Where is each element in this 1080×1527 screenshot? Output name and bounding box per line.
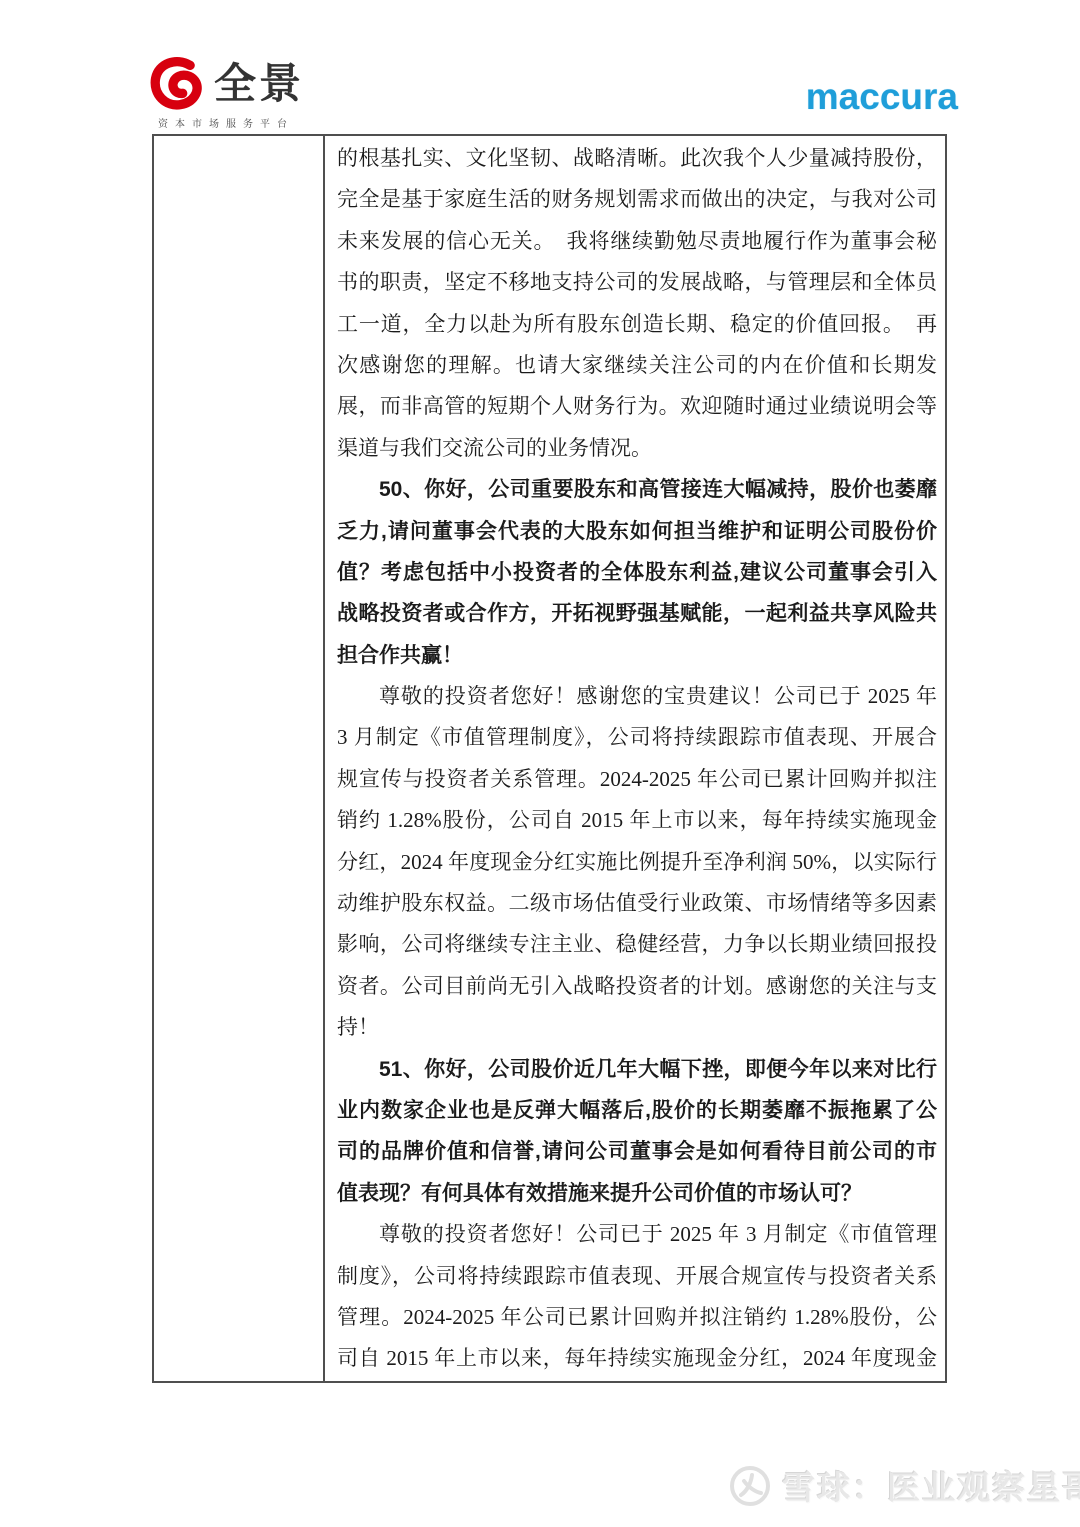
document-page: 全景 资本市场服务平台 maccura 的根基扎实、文化坚韧、战略清晰。此次我个… [0, 0, 1080, 1527]
text-line-answer-50-0: 尊敬的投资者您好！感谢您的宝贵建议！公司已于 2025 年 [337, 676, 937, 717]
xueqiu-snowball-icon [728, 1464, 772, 1508]
text-line-question-51-2: 司的品牌价值和信誉,请问公司董事会是如何看待目前公司的市 [337, 1131, 937, 1172]
watermark: 雪球：医业观察星哥 [728, 1462, 1080, 1509]
text-line-answer-50-8: 持！ [337, 1007, 937, 1048]
qa-content: 的根基扎实、文化坚韧、战略清晰。此次我个人少量减持股份，完全是基于家庭生活的财务… [325, 136, 945, 1381]
text-line-answer-49-continuation-1: 完全是基于家庭生活的财务规划需求而做出的决定，与我对公司 [337, 179, 937, 220]
text-line-answer-49-continuation-3: 书的职责，坚定不移地支持公司的发展战略，与管理层和全体员 [337, 262, 937, 303]
text-line-answer-49-continuation-4: 工一道，全力以赴为所有股东创造长期、稳定的价值回报。 再 [337, 304, 937, 345]
text-line-answer-51-2: 管理。2024-2025 年公司已累计回购并拟注销约 1.28%股份，公 [337, 1297, 937, 1338]
quanjing-brand-text: 全景 [214, 63, 304, 105]
table-left-empty-cell [154, 136, 325, 1381]
text-line-question-51-1: 业内数家企业也是反弹大幅落后,股价的长期萎靡不振拖累了公 [337, 1090, 937, 1131]
text-line-answer-49-continuation-7: 渠道与我们交流公司的业务情况。 [337, 428, 937, 469]
text-line-answer-50-5: 动维护股东权益。二级市场估值受行业政策、市场情绪等多因素 [337, 883, 937, 924]
text-line-question-50-4: 担合作共赢！ [337, 635, 937, 676]
text-line-question-51-0: 51、你好，公司股价近几年大幅下挫，即便今年以来对比行 [337, 1049, 937, 1090]
text-line-question-50-1: 乏力,请问董事会代表的大股东如何担当维护和证明公司股份价 [337, 511, 937, 552]
quanjing-swirl-icon [150, 56, 206, 112]
text-line-answer-49-continuation-6: 展，而非高管的短期个人财务行为。欢迎随时通过业绩说明会等 [337, 386, 937, 427]
text-line-question-50-2: 值？考虑包括中小投资者的全体股东利益,建议公司董事会引入 [337, 552, 937, 593]
text-line-question-51-3: 值表现？有何具体有效措施来提升公司价值的市场认可？ [337, 1173, 937, 1214]
text-line-answer-51-1: 制度》，公司将持续跟踪市值表现、开展合规宣传与投资者关系 [337, 1256, 937, 1297]
text-line-answer-50-2: 规宣传与投资者关系管理。2024-2025 年公司已累计回购并拟注 [337, 759, 937, 800]
quanjing-logo: 全景 资本市场服务平台 [150, 56, 304, 130]
text-line-answer-49-continuation-0: 的根基扎实、文化坚韧、战略清晰。此次我个人少量减持股份， [337, 138, 937, 179]
quanjing-tagline: 资本市场服务平台 [158, 115, 304, 130]
text-line-answer-50-7: 资者。公司目前尚无引入战略投资者的计划。感谢您的关注与支 [337, 966, 937, 1007]
text-line-answer-50-1: 3 月制定《市值管理制度》，公司将持续跟踪市值表现、开展合 [337, 717, 937, 758]
text-line-answer-50-4: 分红，2024 年度现金分红实施比例提升至净利润 50%，以实际行 [337, 842, 937, 883]
text-line-question-50-3: 战略投资者或合作方，开拓视野强基赋能，一起利益共享风险共 [337, 593, 937, 634]
text-line-answer-49-continuation-5: 次感谢您的理解。也请大家继续关注公司的内在价值和长期发 [337, 345, 937, 386]
text-line-answer-49-continuation-2: 未来发展的信心无关。 我将继续勤勉尽责地履行作为董事会秘 [337, 221, 937, 262]
watermark-text: 雪球：医业观察星哥 [782, 1462, 1080, 1509]
qa-table: 的根基扎实、文化坚韧、战略清晰。此次我个人少量减持股份，完全是基于家庭生活的财务… [152, 134, 947, 1383]
text-line-answer-51-3: 司自 2015 年上市以来，每年持续实施现金分红，2024 年度现金 [337, 1338, 937, 1379]
text-line-question-50-0: 50、你好，公司重要股东和高管接连大幅减持，股价也萎靡 [337, 469, 937, 510]
text-line-answer-50-3: 销约 1.28%股份，公司自 2015 年上市以来，每年持续实施现金 [337, 800, 937, 841]
text-line-answer-51-0: 尊敬的投资者您好！公司已于 2025 年 3 月制定《市值管理 [337, 1214, 937, 1255]
text-line-answer-50-6: 影响，公司将继续专注主业、稳健经营，力争以长期业绩回报投 [337, 924, 937, 965]
maccura-logo: maccura [806, 78, 958, 115]
quanjing-logo-row: 全景 [150, 56, 304, 112]
